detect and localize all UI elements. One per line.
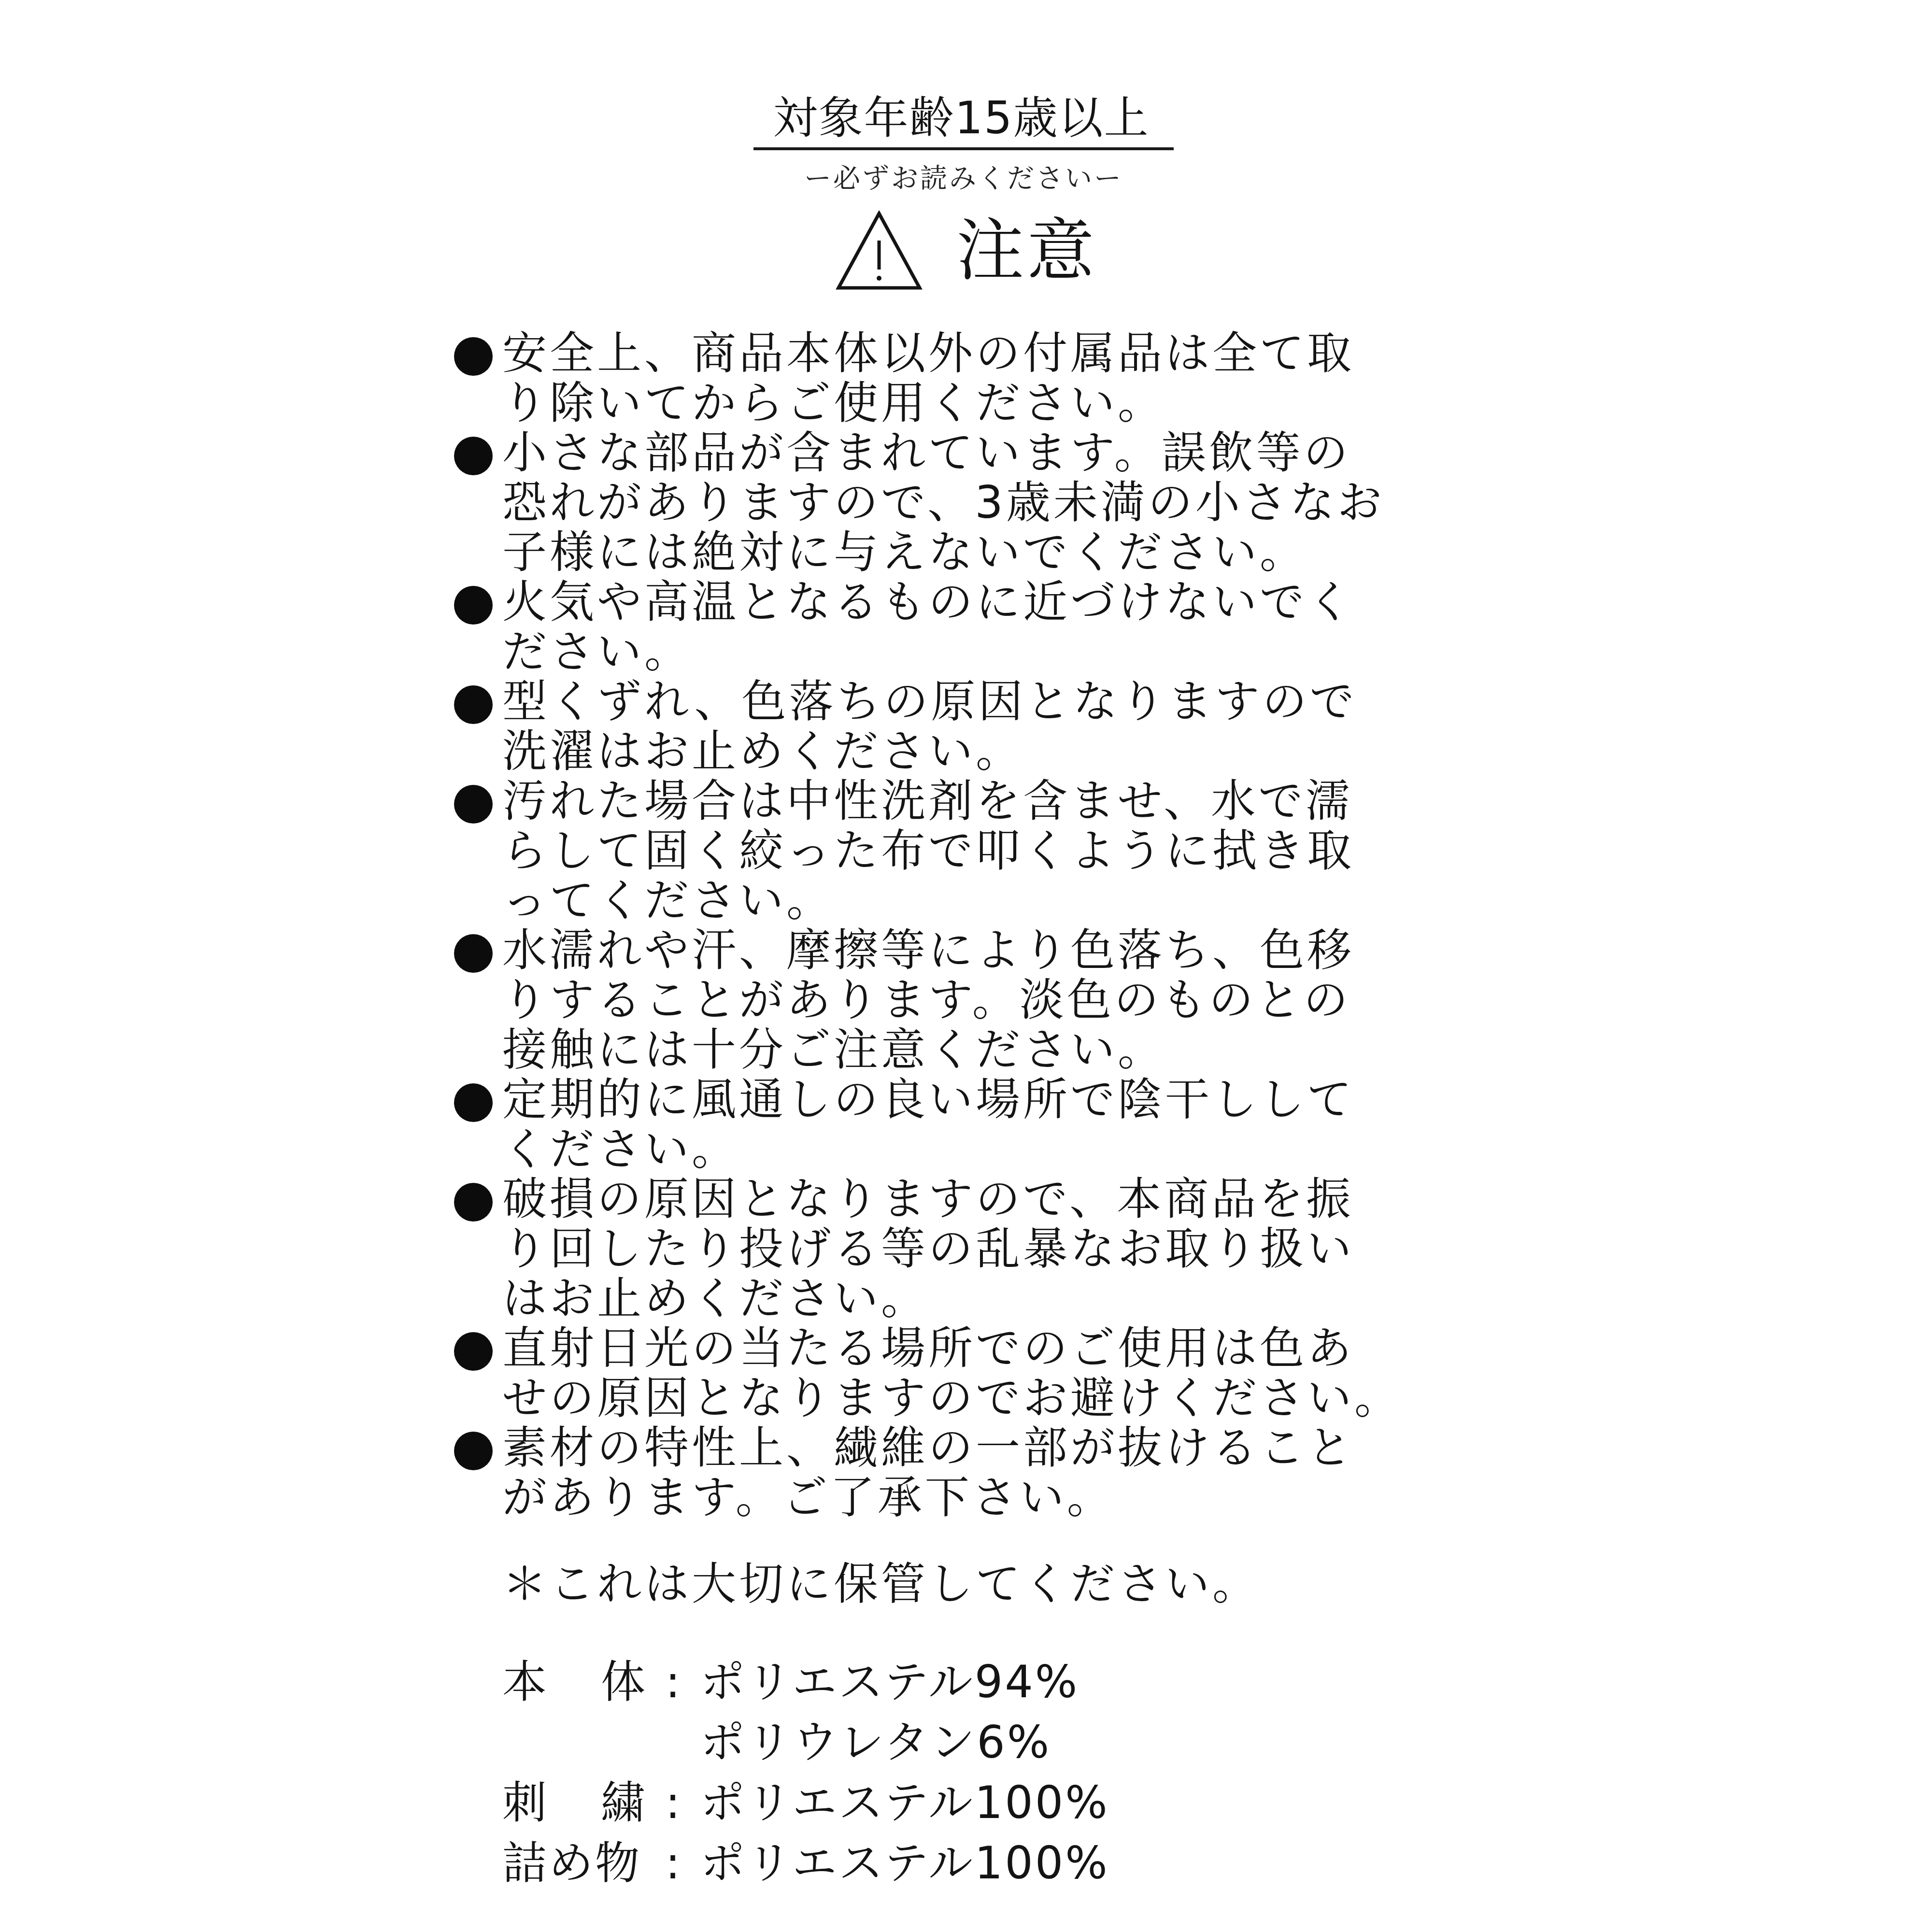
material-value: ポリエステル100% (700, 1833, 1109, 1893)
caution-item: 汚れた場合は中性洗剤を含ませ、水で濡らして固く絞った布で叩くように拭き取ってくだ… (454, 776, 1468, 925)
caution-item: 火気や高温となるものに近づけないでください。 (454, 577, 1468, 677)
material-colon (647, 1712, 700, 1773)
material-row: ポリウレタン6% (502, 1712, 1109, 1773)
age-notice-title: 対象年齢15歳以上 (753, 92, 1169, 145)
caution-item: 破損の原因となりますので、本商品を振り回したり投げる等の乱暴なお取り扱いはお止め… (454, 1174, 1468, 1323)
bullet-icon (454, 1083, 493, 1122)
material-value: ポリエステル100% (700, 1773, 1109, 1833)
caution-item: 水濡れや汗、摩擦等により色落ち、色移りすることがあります。淡色のものとの接触には… (454, 925, 1468, 1075)
material-label: 本体 (502, 1652, 647, 1712)
material-value: ポリエステル94% (700, 1652, 1079, 1712)
material-colon: : (647, 1652, 700, 1712)
material-row: 本体 : ポリエステル94% (502, 1652, 1109, 1712)
bullet-icon (454, 934, 493, 973)
material-row: 詰め物 : ポリエステル100% (502, 1833, 1109, 1893)
material-value: ポリウレタン6% (700, 1712, 1051, 1773)
bullet-icon (454, 1332, 493, 1371)
storage-note: ＊これは大切に保管してください。 (502, 1558, 1260, 1611)
bullet-icon (454, 1183, 493, 1222)
material-label (502, 1712, 647, 1773)
caution-item: 安全上、商品本体以外の付属品は全て取り除いてからご使用ください。 (454, 328, 1468, 428)
read-notice-subtitle: ー必ずお読みくださいー (753, 162, 1174, 196)
caution-list: 安全上、商品本体以外の付属品は全て取り除いてからご使用ください。 小さな部品が含… (454, 328, 1468, 1522)
material-colon: : (647, 1773, 700, 1833)
caution-item: 素材の特性上、繊維の一部が抜けることがあります。ご了承下さい。 (454, 1423, 1468, 1522)
material-label: 刺繍 (502, 1773, 647, 1833)
warning-triangle-icon (836, 211, 923, 292)
bullet-icon (454, 685, 493, 724)
warning-label: 注意 (956, 208, 1097, 295)
bullet-icon (454, 785, 493, 824)
title-underline (753, 147, 1174, 150)
caution-item: 小さな部品が含まれています。誤飲等の恐れがありますので、3歳未満の小さなお子様に… (454, 428, 1468, 577)
caution-item: 直射日光の当たる場所でのご使用は色あせの原因となりますのでお避けください。 (454, 1323, 1468, 1423)
material-row: 刺繍 : ポリエステル100% (502, 1773, 1109, 1833)
bullet-icon (454, 1432, 493, 1470)
caution-item: 型くずれ、色落ちの原因となりますので洗濯はお止めください。 (454, 677, 1468, 776)
bullet-icon (454, 437, 493, 475)
caution-item: 定期的に風通しの良い場所で陰干ししてください。 (454, 1075, 1468, 1174)
materials-table: 本体 : ポリエステル94% ポリウレタン6% 刺繍 : ポリエステル100% … (502, 1652, 1109, 1893)
warning-heading: 注意 (836, 208, 1097, 295)
material-colon: : (647, 1833, 700, 1893)
bullet-icon (454, 337, 493, 376)
bullet-icon (454, 586, 493, 625)
material-label: 詰め物 (502, 1833, 647, 1893)
